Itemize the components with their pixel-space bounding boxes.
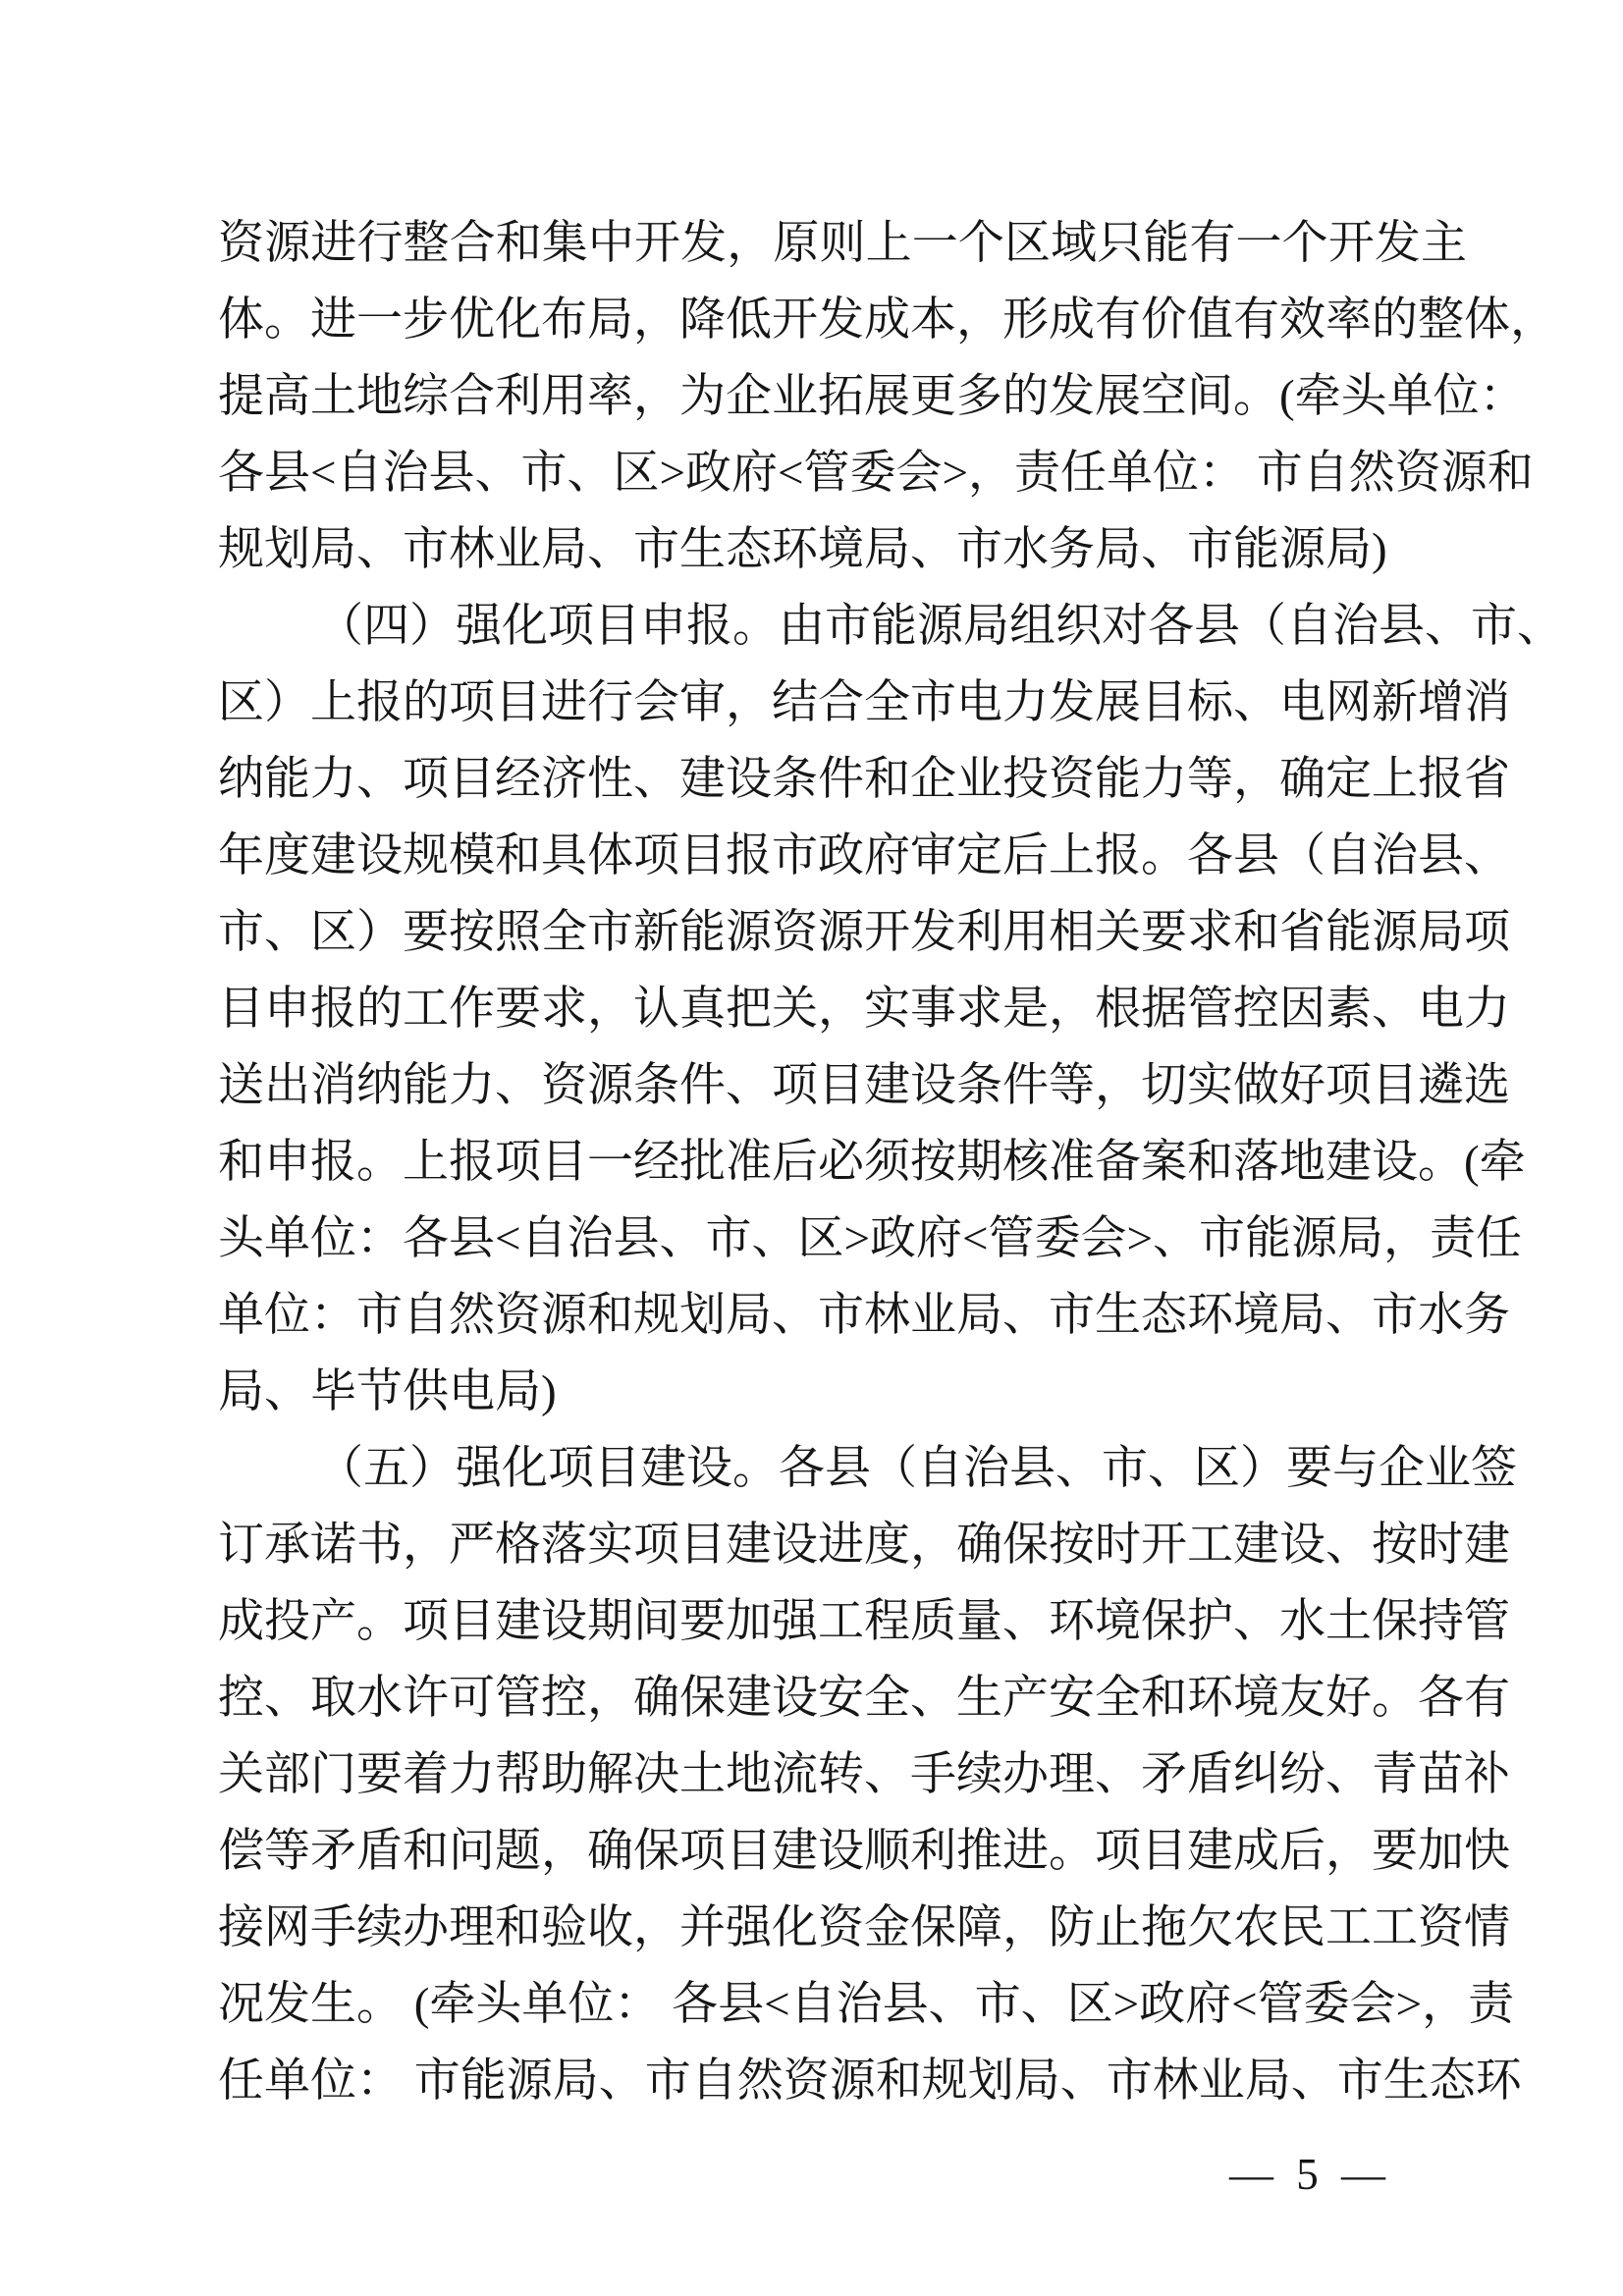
text-line: 区）上报的项目进行会审，结合全市电力发展目标、电网新增消: [218, 665, 1467, 741]
text-line: 送出消纳能力、资源条件、项目建设条件等，切实做好项目遴选: [218, 1047, 1467, 1124]
text-line: （四）强化项目申报。由市能源局组织对各县（自治县、市、: [218, 588, 1467, 665]
text-line: 各县<自治县、市、区>政府<管委会>，责任单位： 市自然资源和: [218, 435, 1467, 511]
text-line: 头单位：各县<自治县、市、区>政府<管委会>、市能源局，责任: [218, 1201, 1467, 1277]
text-line: 订承诺书，严格落实项目建设进度，确保按时开工建设、按时建: [218, 1507, 1467, 1583]
text-line: 局、毕节供电局): [218, 1354, 1467, 1430]
text-line: 市、区）要按照全市新能源资源开发利用相关要求和省能源局项: [218, 894, 1467, 971]
text-line: 单位：市自然资源和规划局、市林业局、市生态环境局、市水务: [218, 1277, 1467, 1354]
text-line: 年度建设规模和具体项目报市政府审定后上报。各县（自治县、: [218, 818, 1467, 894]
text-line: 成投产。项目建设期间要加强工程质量、环境保护、水土保持管: [218, 1583, 1467, 1660]
text-line: 规划局、市林业局、市生态环境局、市水务局、市能源局): [218, 511, 1467, 588]
document-page: 资源进行整合和集中开发，原则上一个区域只能有一个开发主体。进一步优化布局，降低开…: [0, 0, 1623, 2296]
text-line: 目申报的工作要求，认真把关，实事求是，根据管控因素、电力: [218, 971, 1467, 1047]
text-line: 体。进一步优化布局，降低开发成本，形成有价值有效率的整体，: [218, 282, 1467, 358]
page-number: — 5 —: [1229, 2145, 1391, 2204]
text-line: 接网手续办理和验收，并强化资金保障，防止拖欠农民工工资情: [218, 1890, 1467, 1966]
text-line: （五）强化项目建设。各县（自治县、市、区）要与企业签: [218, 1430, 1467, 1507]
text-line: 关部门要着力帮助解决土地流转、手续办理、矛盾纠纷、青苗补: [218, 1736, 1467, 1813]
text-line: 资源进行整合和集中开发，原则上一个区域只能有一个开发主: [218, 205, 1467, 282]
text-line: 纳能力、项目经济性、建设条件和企业投资能力等，确定上报省: [218, 741, 1467, 818]
text-line: 任单位： 市能源局、市自然资源和规划局、市林业局、市生态环: [218, 2043, 1467, 2119]
text-line: 和申报。上报项目一经批准后必须按期核准备案和落地建设。(牵: [218, 1124, 1467, 1201]
text-line: 控、取水许可管控，确保建设安全、生产安全和环境友好。各有: [218, 1660, 1467, 1736]
text-line: 偿等矛盾和问题，确保项目建设顺利推进。项目建成后，要加快: [218, 1813, 1467, 1890]
body-text: 资源进行整合和集中开发，原则上一个区域只能有一个开发主体。进一步优化布局，降低开…: [218, 205, 1467, 2119]
text-line: 况发生。 (牵头单位： 各县<自治县、市、区>政府<管委会>，责: [218, 1966, 1467, 2043]
text-line: 提高土地综合利用率，为企业拓展更多的发展空间。(牵头单位：: [218, 358, 1467, 435]
